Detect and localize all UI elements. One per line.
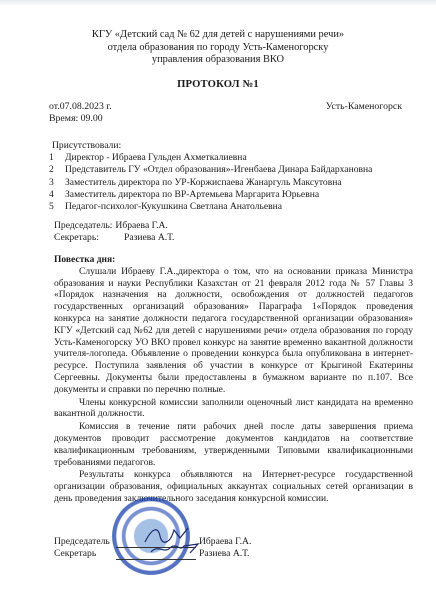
secretary-signature-label: Секретарь bbox=[54, 548, 116, 560]
meta-city: Усть-Каменогорск bbox=[326, 101, 402, 112]
attendee-number: 4 bbox=[49, 189, 65, 201]
agenda-paragraph: Комиссия в течение пяти рабочих дней пос… bbox=[54, 422, 413, 469]
attendee-number: 3 bbox=[49, 177, 65, 189]
attendee-item: 4Заместитель директора по ВР-Артемьева М… bbox=[49, 189, 372, 201]
scanned-document-page: КГУ «Детский сад № 62 для детей с наруше… bbox=[0, 0, 436, 591]
attendee-text: Заместитель директора по УР-Коржиспаева … bbox=[65, 177, 342, 189]
agenda-heading: Повестка дня: bbox=[54, 255, 413, 267]
header-line-1: КГУ «Детский сад № 62 для детей с наруше… bbox=[0, 29, 436, 42]
attendees-section: Присутствовали: 1Директор - Ибраева Гуль… bbox=[49, 140, 372, 213]
organization-header: КГУ «Детский сад № 62 для детей с наруше… bbox=[0, 29, 436, 67]
meta-time: Время: 09.00 bbox=[49, 113, 112, 125]
document-title: ПРОТОКОЛ №1 bbox=[0, 79, 436, 90]
secretary-signature-name: Разиева А.Т. bbox=[199, 548, 249, 560]
meta-date-time: от.07.08.2023 г. Время: 09.00 bbox=[49, 101, 112, 126]
secretary-row: Секретарь: Разиева А.Т. bbox=[54, 232, 174, 244]
attendee-number: 1 bbox=[49, 152, 65, 164]
agenda-paragraph: Члены конкурсной комиссии заполнили оцен… bbox=[54, 398, 413, 422]
officers-section: Председатель: Ибраева Г.А. Секретарь: Ра… bbox=[54, 220, 174, 245]
attendee-number: 5 bbox=[49, 201, 65, 213]
secretary-label: Секретарь: bbox=[54, 232, 124, 244]
attendee-text: Заместитель директора по ВР-Артемьева Ма… bbox=[65, 189, 319, 201]
attendee-text: Педагог-психолог-Кукушкина Светлана Анат… bbox=[65, 201, 282, 213]
chair-name: Ибраева Г.А. bbox=[115, 220, 167, 232]
attendees-heading: Присутствовали: bbox=[49, 140, 372, 152]
attendee-text: Представитель ГУ «Отдел образования»-Иге… bbox=[65, 164, 372, 176]
meta-date: от.07.08.2023 г. bbox=[49, 101, 112, 113]
attendee-item: 1Директор - Ибраева Гульден Ахметкалиевн… bbox=[49, 152, 372, 164]
agenda-paragraph: Результаты конкурса объявляются на Интер… bbox=[54, 470, 413, 505]
attendee-number: 2 bbox=[49, 164, 65, 176]
agenda-paragraph: Слушали Ибраеву Г.А.,директора о том, чт… bbox=[54, 267, 413, 397]
scan-edge-shadow bbox=[0, 0, 436, 6]
chair-label: Председатель: bbox=[54, 220, 112, 232]
attendee-item: 2Представитель ГУ «Отдел образования»-Иг… bbox=[49, 164, 372, 176]
attendee-item: 3Заместитель директора по УР-Коржиспаева… bbox=[49, 177, 372, 189]
attendee-text: Директор - Ибраева Гульден Ахметкалиевна bbox=[65, 152, 247, 164]
secretary-name: Разиева А.Т. bbox=[124, 232, 174, 244]
chair-row: Председатель: Ибраева Г.А. bbox=[54, 220, 174, 232]
secretary-handwritten-signature bbox=[148, 540, 204, 556]
attendee-item: 5Педагог-психолог-Кукушкина Светлана Ана… bbox=[49, 201, 372, 213]
chair-signature-name: Ибраева Г.А. bbox=[199, 536, 251, 548]
header-line-3: управления образования ВКО bbox=[0, 54, 436, 67]
agenda-section: Повестка дня: Слушали Ибраеву Г.А.,дирек… bbox=[54, 255, 413, 506]
chair-signature-label: Председатель bbox=[54, 536, 116, 548]
header-line-2: отдела образования по городу Усть-Камено… bbox=[0, 42, 436, 55]
